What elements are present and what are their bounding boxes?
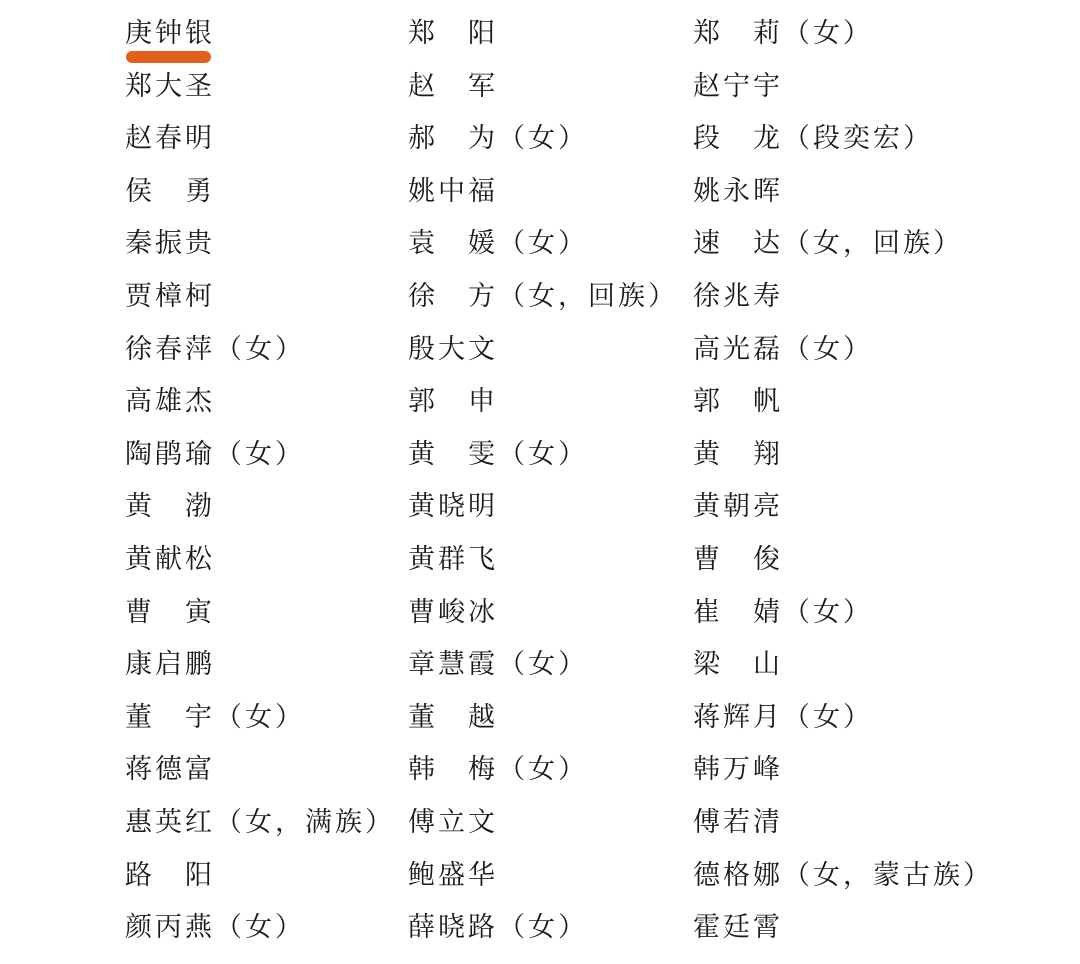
name-entry: 黄 翔: [693, 433, 993, 486]
name-entry: 姚中福: [408, 170, 678, 223]
name-entry: 徐 方（女，回族）: [408, 275, 678, 328]
name-entry: 郑 莉（女）: [693, 12, 993, 65]
name-entry: 蒋德富: [125, 748, 395, 801]
name-entry: 徐春萍（女）: [125, 328, 395, 381]
name-entry: 颜丙燕（女）: [125, 906, 395, 959]
name-entry: 段 龙（段奕宏）: [693, 117, 993, 170]
name-entry: 郑大圣: [125, 65, 395, 118]
name-entry: 赵 军: [408, 65, 678, 118]
name-column-3: 郑 莉（女） 赵宁宇 段 龙（段奕宏） 姚永晖 速 达（女，回族） 徐兆寿 高光…: [693, 12, 993, 959]
name-entry: 陶鹃瑜（女）: [125, 433, 395, 486]
name-entry: 康启鹏: [125, 643, 395, 696]
name-entry: 黄朝亮: [693, 485, 993, 538]
name-entry: 蒋辉月（女）: [693, 696, 993, 749]
name-entry: 韩万峰: [693, 748, 993, 801]
name-entry: 黄群飞: [408, 538, 678, 591]
name-column-2: 郑 阳 赵 军 郝 为（女） 姚中福 袁 媛（女） 徐 方（女，回族） 殷大文 …: [408, 12, 678, 959]
name-entry: 黄献松: [125, 538, 395, 591]
name-entry: 黄 雯（女）: [408, 433, 678, 486]
name-entry: 姚永晖: [693, 170, 993, 223]
name-entry: 高雄杰: [125, 380, 395, 433]
name-entry: 惠英红（女，满族）: [125, 801, 395, 854]
name-entry: 曹 寅: [125, 591, 395, 644]
name-entry: 郑 阳: [408, 12, 678, 65]
name-entry: 郭 申: [408, 380, 678, 433]
name-entry: 鲍盛华: [408, 854, 678, 907]
name-entry: 黄晓明: [408, 485, 678, 538]
name-entry: 侯 勇: [125, 170, 395, 223]
name-entry: 章慧霞（女）: [408, 643, 678, 696]
name-entry: 速 达（女，回族）: [693, 222, 993, 275]
name-entry: 殷大文: [408, 328, 678, 381]
name-entry: 曹峻冰: [408, 591, 678, 644]
highlight-underline: [126, 51, 211, 63]
name-entry: 贾樟柯: [125, 275, 395, 328]
name-column-1: 庚钟银 郑大圣 赵春明 侯 勇 秦振贵 贾樟柯 徐春萍（女） 高雄杰 陶鹃瑜（女…: [125, 12, 395, 959]
name-entry: 霍廷霄: [693, 906, 993, 959]
name-entry: 赵宁宇: [693, 65, 993, 118]
name-entry: 梁 山: [693, 643, 993, 696]
name-entry: 路 阳: [125, 854, 395, 907]
name-entry: 崔 婧（女）: [693, 591, 993, 644]
name-entry: 高光磊（女）: [693, 328, 993, 381]
name-entry: 郭 帆: [693, 380, 993, 433]
name-entry: 郝 为（女）: [408, 117, 678, 170]
name-entry: 董 宇（女）: [125, 696, 395, 749]
name-entry: 傅若清: [693, 801, 993, 854]
name-list: 庚钟银 郑大圣 赵春明 侯 勇 秦振贵 贾樟柯 徐春萍（女） 高雄杰 陶鹃瑜（女…: [0, 0, 1080, 964]
name-entry: 黄 渤: [125, 485, 395, 538]
name-entry: 德格娜（女，蒙古族）: [693, 854, 993, 907]
name-entry: 徐兆寿: [693, 275, 993, 328]
name-entry: 曹 俊: [693, 538, 993, 591]
name-entry: 秦振贵: [125, 222, 395, 275]
name-entry: 韩 梅（女）: [408, 748, 678, 801]
name-entry: 赵春明: [125, 117, 395, 170]
name-entry: 薛晓路（女）: [408, 906, 678, 959]
name-entry: 袁 媛（女）: [408, 222, 678, 275]
name-entry: 董 越: [408, 696, 678, 749]
name-entry: 傅立文: [408, 801, 678, 854]
